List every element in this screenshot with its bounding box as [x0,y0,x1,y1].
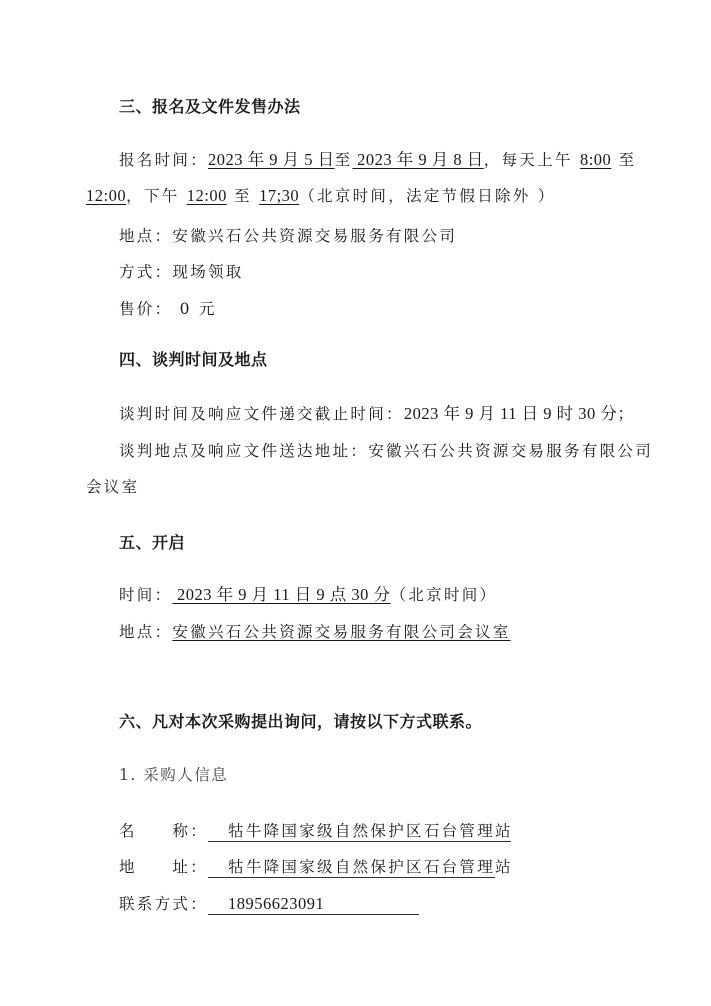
sale-method-label: 方式： [119,263,172,281]
section-6-heading: 六、凡对本次采购提出询问，请按以下方式联系。 [119,712,482,732]
opening-place-line: 地点：安徽兴石公共资源交易服务有限公司会议室 [119,622,511,642]
morning-to-text: 至 [611,151,636,169]
section-4-heading: 四、谈判时间及地点 [119,350,268,370]
negotiation-deadline-label: 谈判时间及响应文件递交截止时间： [119,405,404,423]
purchaser-name-label: 名 称： [119,822,208,840]
section-3-heading: 三、报名及文件发售办法 [119,97,301,117]
sale-place-line: 地点：安徽兴石公共资源交易服务有限公司 [119,226,457,246]
registration-end-date: 2023 年 9 月 8 日 [352,150,483,169]
registration-time-line-2: 12:00，下午 12:00 至 17;30（北京时间，法定节假日除外 ） [86,186,556,206]
afternoon-to-text: 至 [227,187,259,205]
negotiation-place-line-2: 会议室 [86,477,139,497]
sale-place-label: 地点： [119,227,172,245]
purchaser-address-line: 地 址：牯牛降国家级自然保护区石台管理站 [119,857,495,878]
opening-time-value: 2023 年 9 月 11 日 9 点 30 分 [172,585,390,604]
opening-time-line: 时间： 2023 年 9 月 11 日 9 点 30 分（北京时间） [119,585,497,605]
purchaser-contact-value: 18956623091 [208,895,419,915]
opening-time-note: （北京时间） [391,586,498,604]
purchaser-address-label: 地 址： [119,858,208,876]
sale-price-value: 0 元 [172,300,216,318]
purchaser-address-value: 牯牛降国家级自然保护区石台管理站 [208,858,495,878]
section-5-heading: 五、开启 [119,533,185,553]
opening-place-value: 安徽兴石公共资源交易服务有限公司会议室 [172,623,510,641]
purchaser-name-value: 牯牛降国家级自然保护区石台管理站 [208,822,511,842]
purchaser-name-line: 名 称：牯牛降国家级自然保护区石台管理站 [119,821,511,842]
negotiation-deadline-value: 2023 年 9 月 11 日 9 时 30 分； [404,404,635,423]
morning-end-time: 12:00 [86,186,126,205]
purchaser-contact-line: 联系方式：18956623091 [119,894,419,915]
negotiation-place-label: 谈判地点及响应文件送达地址： [119,442,368,460]
opening-time-label: 时间： [119,586,172,604]
registration-note: （北京时间，法定节假日除外 ） [299,187,555,205]
morning-start-time: 8:00 [580,150,611,169]
registration-daily-text: ，每天上午 [484,151,580,169]
negotiation-place-value: 安徽兴石公共资源交易服务有限公司 [368,442,653,460]
purchaser-contact-label: 联系方式： [119,895,208,913]
afternoon-label: ，下午 [126,187,187,205]
sale-price-line: 售价： 0 元 [119,299,217,319]
opening-place-label: 地点： [119,623,172,641]
sale-place-value: 安徽兴石公共资源交易服务有限公司 [172,227,457,245]
sale-price-label: 售价： [119,300,172,318]
sale-method-line: 方式：现场领取 [119,262,244,282]
negotiation-place-line: 谈判地点及响应文件送达地址：安徽兴石公共资源交易服务有限公司 [119,441,653,461]
registration-time-label: 报名时间： [119,151,208,169]
registration-time-line: 报名时间：2023 年 9 月 5 日至 2023 年 9 月 8 日，每天上午… [119,150,636,170]
registration-to-text: 至 [335,151,353,169]
afternoon-start-time: 12:00 [187,186,227,205]
negotiation-deadline-line: 谈判时间及响应文件递交截止时间：2023 年 9 月 11 日 9 时 30 分… [119,404,634,424]
afternoon-end-time: 17;30 [259,186,299,205]
registration-start-date: 2023 年 9 月 5 日 [208,150,335,169]
sale-method-value: 现场领取 [172,263,243,281]
purchaser-info-subheading: 1. 采购人信息 [119,765,228,785]
